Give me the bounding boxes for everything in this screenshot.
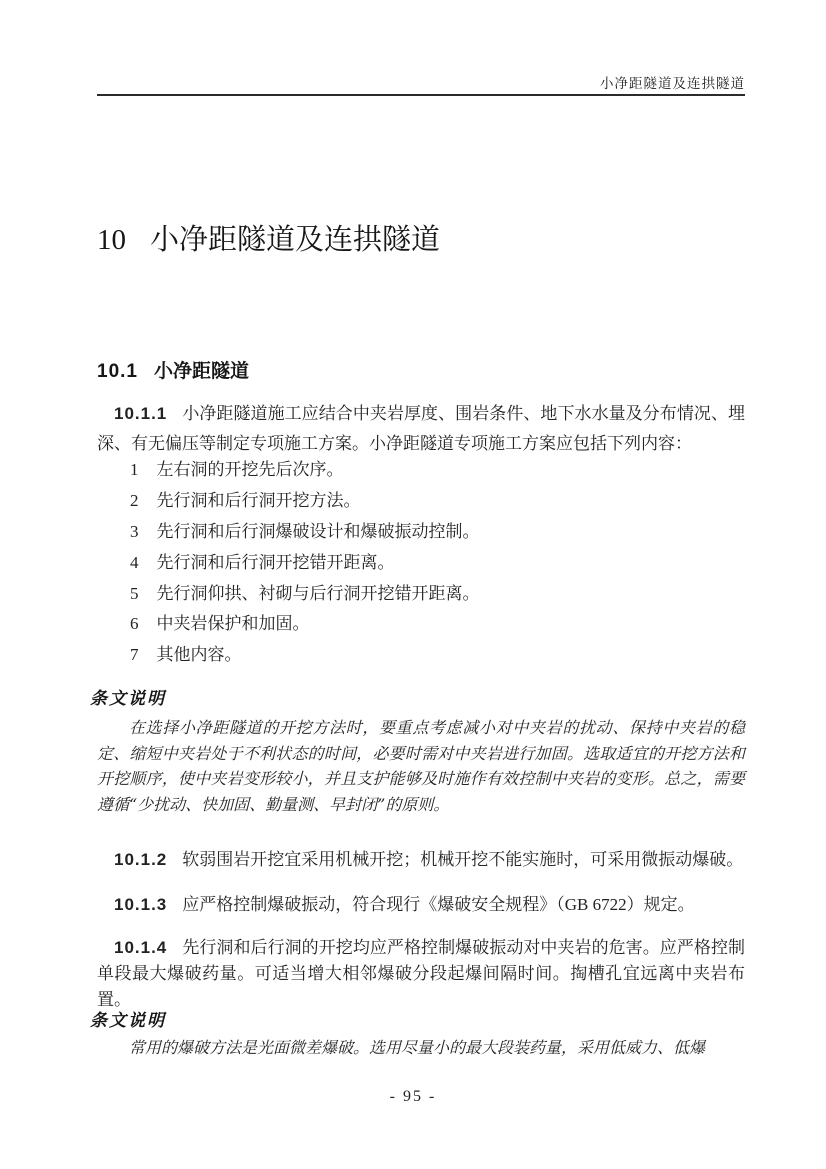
clause-number: 10.1.4: [114, 938, 167, 957]
document-page: 小净距隧道及连拱隧道 10小净距隧道及连拱隧道 10.1小净距隧道 10.1.1…: [0, 0, 826, 1169]
clause-text: 软弱围岩开挖宜采用机械开挖；机械开挖不能实施时，可采用微振动爆破。: [182, 850, 743, 869]
clause-10-1-3: 10.1.3应严格控制爆破振动，符合现行《爆破安全规程》（GB 6722）规定。: [97, 890, 745, 920]
list-item: 3先行洞和后行洞爆破设计和爆破振动控制。: [97, 517, 745, 548]
clause-10-1-4: 10.1.4先行洞和后行洞的开挖均应严格控制爆破振动对中夹岩的危害。应严格控制单…: [97, 935, 745, 1013]
item-text: 左右洞的开挖先后次序。: [157, 460, 344, 479]
section-number: 10.1: [97, 361, 138, 382]
item-number: 7: [130, 645, 139, 664]
commentary-text: 常用的爆破方法是光面微差爆破。选用尽量小的最大段装药量，采用低威力、低爆: [97, 1035, 745, 1061]
running-header: 小净距隧道及连拱隧道: [97, 72, 745, 92]
item-text: 中夹岩保护和加固。: [157, 614, 310, 633]
section-heading: 10.1小净距隧道: [97, 356, 745, 383]
commentary-text: 在选择小净距隧道的开挖方法时，要重点考虑减小对中夹岩的扰动、保持中夹岩的稳定、缩…: [97, 715, 745, 818]
clause-10-1-1: 10.1.1小净距隧道施工应结合中夹岩厚度、围岩条件、地下水水量及分布情况、埋深…: [97, 399, 745, 459]
list-item: 1左右洞的开挖先后次序。: [97, 455, 745, 486]
clause-text: 应严格控制爆破振动，符合现行《爆破安全规程》（GB 6722）规定。: [182, 895, 694, 914]
list-item: 5先行洞仰拱、衬砌与后行洞开挖错开距离。: [97, 579, 745, 610]
item-text: 先行洞和后行洞开挖错开距离。: [157, 553, 395, 572]
item-number: 1: [130, 460, 139, 479]
clause-10-1-2: 10.1.2软弱围岩开挖宜采用机械开挖；机械开挖不能实施时，可采用微振动爆破。: [97, 845, 745, 875]
chapter-title-text: 小净距隧道及连拱隧道: [150, 224, 440, 256]
page-number: - 95 -: [0, 1088, 826, 1106]
commentary-label: 条文说明: [90, 1006, 166, 1031]
item-number: 4: [130, 553, 139, 572]
item-number: 5: [130, 584, 139, 603]
item-number: 6: [130, 614, 139, 633]
commentary-label: 条文说明: [90, 684, 166, 709]
item-text: 其他内容。: [157, 645, 242, 664]
header-rule: [97, 94, 745, 96]
item-text: 先行洞和后行洞开挖方法。: [157, 491, 361, 510]
clause-number: 10.1.2: [114, 850, 167, 869]
list-item: 4先行洞和后行洞开挖错开距离。: [97, 548, 745, 579]
clause-text: 先行洞和后行洞的开挖均应严格控制爆破振动对中夹岩的危害。应严格控制单段最大爆破药…: [97, 938, 745, 1009]
clause-10-1-1-item-list: 1左右洞的开挖先后次序。 2先行洞和后行洞开挖方法。 3先行洞和后行洞爆破设计和…: [97, 455, 745, 671]
item-text: 先行洞仰拱、衬砌与后行洞开挖错开距离。: [157, 584, 480, 603]
item-number: 3: [130, 522, 139, 541]
list-item: 7其他内容。: [97, 640, 745, 671]
list-item: 2先行洞和后行洞开挖方法。: [97, 486, 745, 517]
clause-text: 小净距隧道施工应结合中夹岩厚度、围岩条件、地下水水量及分布情况、埋深、有无偏压等…: [97, 404, 745, 453]
chapter-number: 10: [97, 224, 126, 256]
clause-number: 10.1.1: [114, 404, 167, 423]
clause-number: 10.1.3: [114, 895, 167, 914]
list-item: 6中夹岩保护和加固。: [97, 609, 745, 640]
section-title-text: 小净距隧道: [154, 361, 249, 382]
item-number: 2: [130, 491, 139, 510]
item-text: 先行洞和后行洞爆破设计和爆破振动控制。: [157, 522, 480, 541]
chapter-title: 10小净距隧道及连拱隧道: [97, 222, 745, 258]
